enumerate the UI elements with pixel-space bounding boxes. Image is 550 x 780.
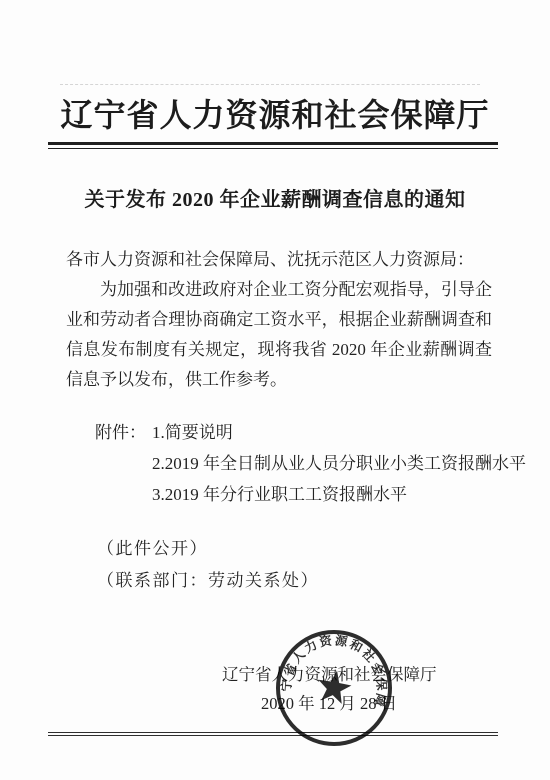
official-seal: 辽宁省人力资源和社会保障厅 (260, 614, 408, 762)
letterhead-agency-name: 辽宁省人力资源和社会保障厅 (0, 90, 550, 136)
body-paragraph: 为加强和改进政府对企业工资分配宏观指导，引导企业和劳动者合理协商确定工资水平，根… (66, 275, 492, 395)
attachments-label: 附件： (95, 417, 146, 448)
attachments-section: 附件： 1.简要说明 2.2019 年全日制从业人员分职业小类工资报酬水平 3.… (95, 417, 526, 510)
letterhead-divider (48, 142, 498, 149)
star-icon (315, 668, 353, 705)
contact-department-note: （联系部门：劳动关系处） (97, 566, 319, 596)
notice-body: 各市人力资源和社会保障局、沈抚示范区人力资源局： 为加强和改进政府对企业工资分配… (66, 245, 492, 395)
notice-title: 关于发布 2020 年企业薪酬调查信息的通知 (0, 183, 550, 212)
document-page: 辽宁省人力资源和社会保障厅 关于发布 2020 年企业薪酬调查信息的通知 各市人… (0, 0, 550, 780)
public-disclosure-note: （此件公开） (97, 534, 208, 564)
letterhead-top-rule (60, 84, 480, 85)
attachments-list: 1.简要说明 2.2019 年全日制从业人员分职业小类工资报酬水平 3.2019… (152, 417, 526, 510)
attachment-item-3: 3.2019 年分行业职工工资报酬水平 (152, 479, 526, 510)
attachment-item-2: 2.2019 年全日制从业人员分职业小类工资报酬水平 (152, 448, 526, 479)
attachment-item-1: 1.简要说明 (152, 417, 526, 448)
salutation-line: 各市人力资源和社会保障局、沈抚示范区人力资源局： (66, 245, 492, 275)
